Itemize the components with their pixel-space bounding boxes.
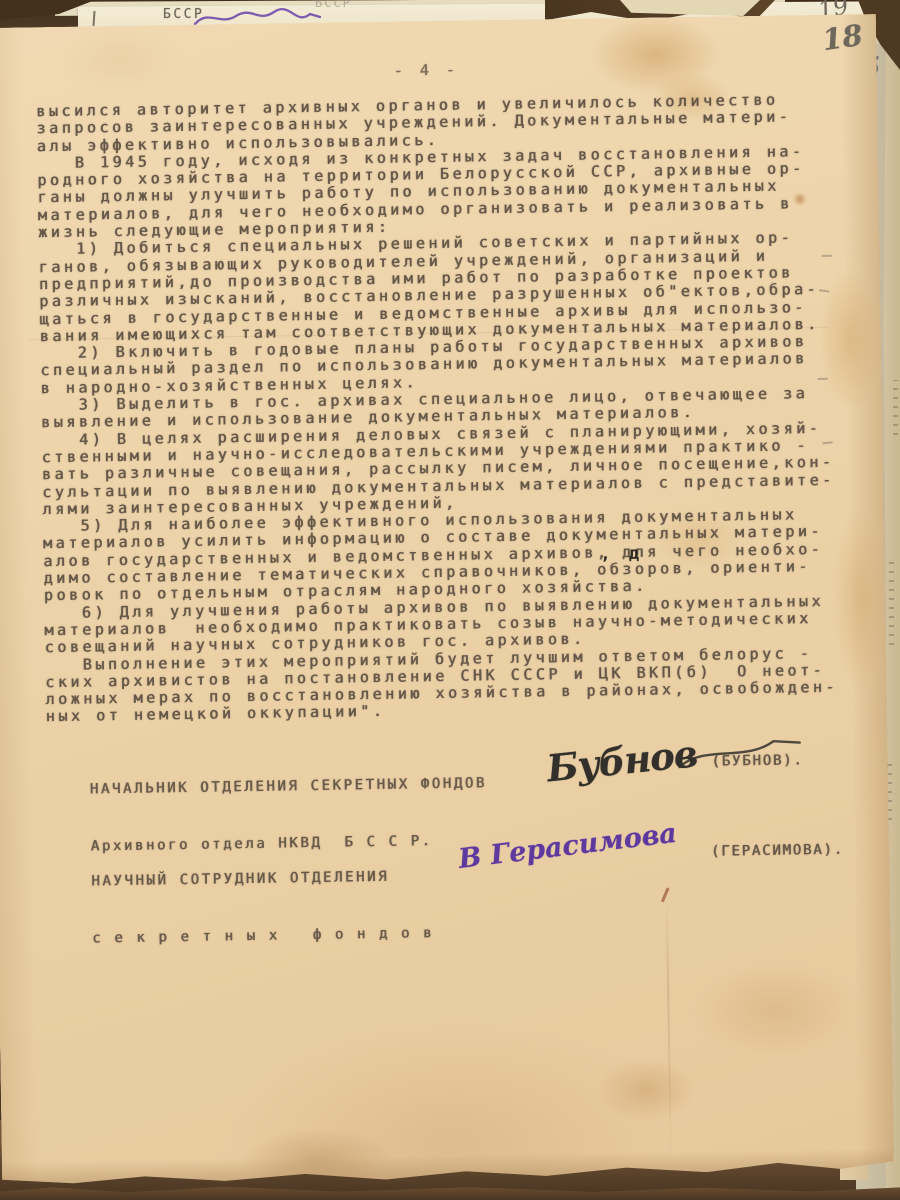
page-number: - 4 - xyxy=(394,61,459,80)
pencil-margin-mark xyxy=(818,378,828,380)
document-page: 18 - 4 - высился авторитет архивных орга… xyxy=(0,14,894,1188)
signature-title-2: НАУЧНЫЙ СОТРУДНИК ОТДЕЛЕНИЯ с е к р е т … xyxy=(91,829,435,986)
pencil-margin-mark xyxy=(822,255,832,257)
scanned-document-photo: БССР БССР 19 6 18 - 4 - высился авторите… xyxy=(0,0,900,1200)
folio-number: 18 xyxy=(820,18,865,57)
typed-name-gerasimova: (ГЕРАСИМОВА). xyxy=(711,842,844,860)
typed-body-text: высился авторитет архивных органов и уве… xyxy=(36,90,856,725)
signature-title-2-line2: с е к р е т н ы х ф о н д о в xyxy=(92,924,434,948)
overtyped-correction-mark: , д xyxy=(600,544,643,565)
bleed-through-text-marks xyxy=(893,380,898,435)
signature-title-1-line1: НАЧАЛЬНИК ОТДЕЛЕНИЯ СЕКРЕТНЫХ ФОНДОВ xyxy=(90,774,487,799)
handwritten-signature-gerasimova: В Герасимова xyxy=(457,818,679,875)
signature-title-2-line1: НАУЧНЫЙ СОТРУДНИК ОТДЕЛЕНИЯ xyxy=(91,867,433,891)
bleed-through-text-marks xyxy=(889,555,894,645)
paper-crease xyxy=(666,897,672,1167)
typed-name-bubnov: (БУБНОВ). xyxy=(711,752,803,769)
